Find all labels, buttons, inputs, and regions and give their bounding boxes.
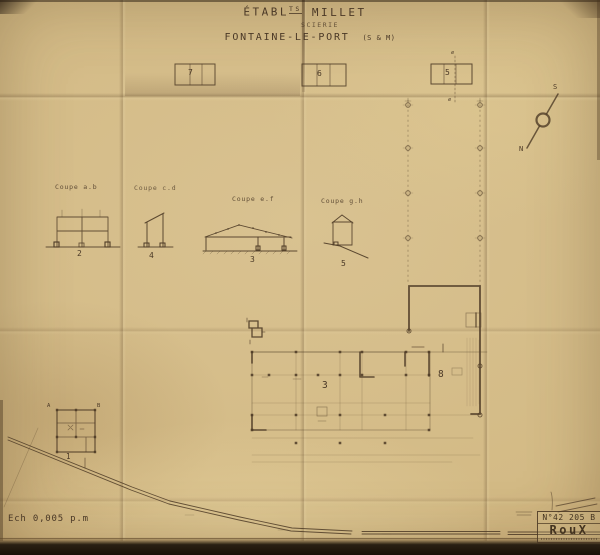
section-ab-label: Coupe a.b <box>55 184 97 191</box>
section-ef-drawing <box>203 224 297 254</box>
section-ab-number: 2 <box>77 250 82 259</box>
drawing-linework <box>0 0 600 555</box>
title-block-fine-print <box>541 538 597 540</box>
detail-building-label: 1 <box>66 453 71 461</box>
drawing-subtitle: SCIERIE <box>255 22 385 29</box>
drawing-title: ÉTABLTSMILLET <box>205 6 405 19</box>
top-box-7-schematic <box>175 64 215 85</box>
location-name: FONTAINE-LE-PORT <box>225 32 350 43</box>
section-ef-number: 3 <box>250 256 255 265</box>
compass-north-label: N <box>519 146 523 154</box>
box-5-label: 5 <box>445 69 450 78</box>
section-cd-label: Coupe c.d <box>134 185 176 192</box>
box-5-marker-top: e <box>451 50 454 56</box>
compass-south-label: S <box>553 84 557 92</box>
section-cut-guide-lines <box>403 98 485 286</box>
section-ab-drawing <box>46 209 120 247</box>
title-block: N°42 205 B RouX <box>537 511 600 543</box>
section-gh-label: Coupe g.h <box>321 198 363 205</box>
small-annex-plan <box>247 318 265 344</box>
right-building-8-plan <box>407 286 482 417</box>
drawing-sheet: ÉTABLTSMILLET SCIERIE FONTAINE-LE-PORT (… <box>0 0 600 555</box>
section-gh-drawing <box>324 215 368 258</box>
title-millet: MILLET <box>312 6 367 19</box>
north-arrow-icon <box>527 94 558 148</box>
section-gh-number: 5 <box>341 260 346 269</box>
drawing-location: FONTAINE-LE-PORT (S & M) <box>180 32 440 43</box>
section-ef-label: Coupe e.f <box>232 196 274 203</box>
scale-note: Ech 0,005 p.m <box>8 515 89 525</box>
section-cd-number: 4 <box>149 252 154 261</box>
right-building-label: 8 <box>438 370 444 380</box>
top-box-6-schematic <box>302 64 346 86</box>
main-plan-building-3 <box>251 344 487 462</box>
top-box-5-schematic <box>431 56 472 104</box>
road-and-track-lines <box>4 428 600 535</box>
main-building-label: 3 <box>322 381 328 391</box>
detail-marker-b: B <box>97 403 100 409</box>
location-dept: (S & M) <box>362 34 395 42</box>
box-7-label: 7 <box>188 69 193 78</box>
title-etabl-sup: TS <box>289 5 302 14</box>
title-etabl: ÉTABL <box>243 6 289 19</box>
detail-marker-a: A <box>47 403 50 409</box>
section-cd-drawing <box>138 213 173 247</box>
box-6-label: 6 <box>317 70 322 79</box>
signature: RouX <box>538 524 600 537</box>
box-5-marker-bottom: e <box>448 97 451 103</box>
